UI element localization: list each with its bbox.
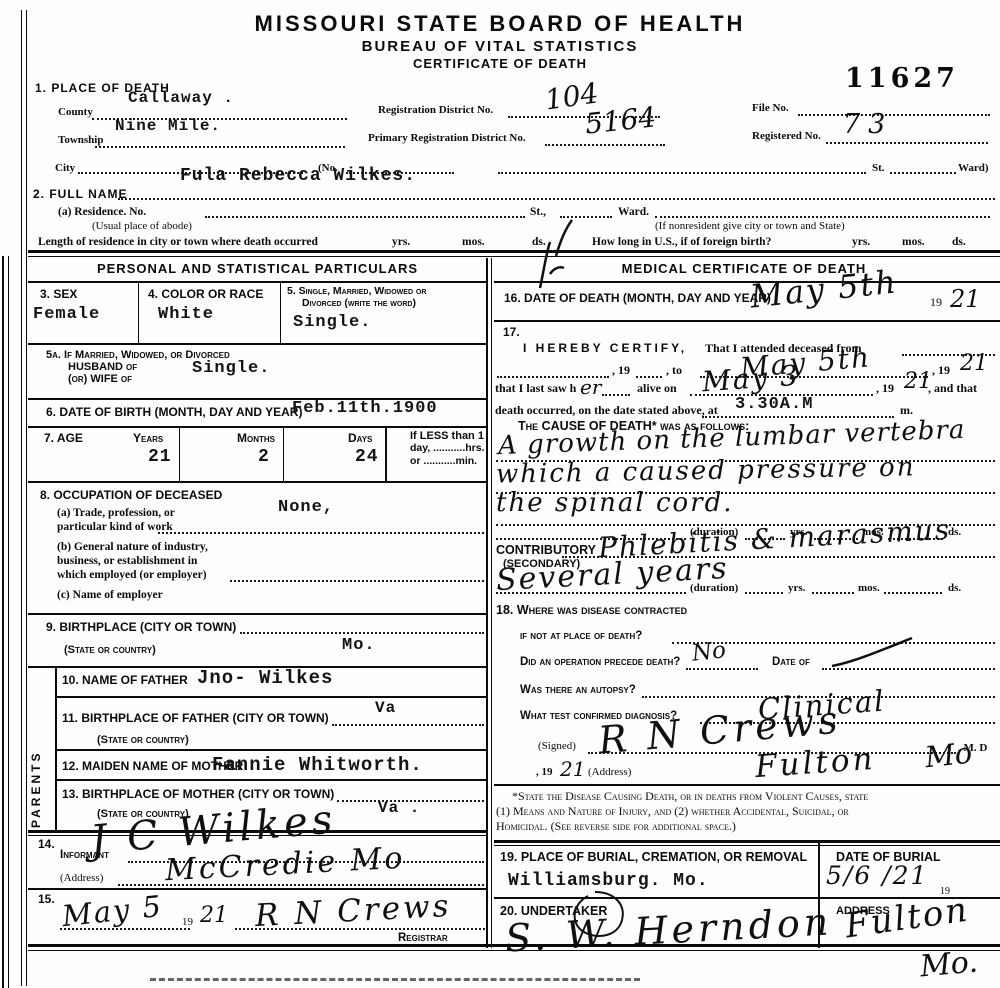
abode-note: (Usual place of abode): [92, 220, 192, 232]
birthplace-state-label: (State or country): [64, 644, 156, 656]
time-of-death-value: 3.30A.M: [735, 396, 813, 415]
informant-address-label: (Address): [60, 872, 103, 884]
physician-address-state: Mo: [923, 738, 973, 775]
cell-divider: [138, 283, 139, 343]
rule: [28, 613, 486, 615]
autopsy-question: Was there an autopsy?: [520, 684, 636, 697]
duration-yrs: yrs.: [788, 582, 805, 594]
date-of-burial-value: 5/6 /21: [826, 862, 928, 890]
spouse-value: Single.: [192, 360, 270, 379]
mother-name-value: Fannie Whitworth.: [212, 755, 423, 776]
pen-flourish-mark: [560, 888, 630, 944]
birthplace-value: Mo.: [342, 637, 376, 656]
yrs-label: yrs.: [852, 236, 870, 249]
dotted-line: [798, 114, 990, 116]
rule: [494, 845, 1000, 846]
nonresident-note: (If nonresident give city or town and St…: [655, 220, 845, 232]
column-divider: [491, 258, 492, 948]
rule: [28, 481, 486, 483]
marital-value: Single.: [293, 314, 371, 333]
page-subtitle: BUREAU OF VITAL STATISTICS: [0, 39, 1000, 56]
operation-question: Did an operation precede death?: [520, 656, 680, 669]
if-less-than-one-line3: or ...........min.: [410, 456, 477, 468]
filed-section-number: 15.: [38, 893, 55, 906]
rule: [494, 840, 1000, 843]
length-of-residence-label: Length of residence in city or town wher…: [38, 236, 318, 249]
sex-value: Female: [33, 306, 100, 325]
dotted-line: [545, 144, 665, 146]
cell-divider: [385, 428, 387, 481]
informant-section-number: 14.: [38, 838, 55, 851]
footnote-line2: (1) Means and Nature of Injury, and (2) …: [496, 805, 849, 818]
registrar-label: Registrar: [398, 932, 448, 945]
primary-registration-district-value: 5164: [584, 102, 658, 140]
duration-ds: ds.: [948, 582, 961, 594]
birthplace-label: 9. BIRTHPLACE (CITY OR TOWN): [46, 621, 236, 634]
rule: [55, 696, 486, 698]
date-of-label: Date of: [772, 656, 810, 669]
registered-no-label: Registered No.: [752, 130, 821, 142]
place-of-burial-label: 19. PLACE OF BURIAL, CREMATION, OR REMOV…: [500, 851, 807, 865]
county-label: County: [58, 106, 93, 118]
left-border-line: [21, 10, 22, 986]
street-label: St.: [872, 162, 885, 174]
date-of-death-label: 16. DATE OF DEATH (MONTH, DAY AND YEAR): [504, 292, 771, 305]
physician-address-value: Fulton: [754, 742, 877, 784]
rule: [494, 784, 1000, 786]
rule: [494, 320, 1000, 322]
if-less-than-one-line2: day, ...........hrs.: [410, 443, 485, 455]
county-value: Callaway .: [128, 90, 234, 108]
left-border-line: [26, 10, 27, 986]
dotted-line: [745, 592, 783, 594]
rule: [28, 426, 486, 428]
full-name-value: Fula Rebecca Wilkes.: [180, 167, 416, 187]
rule: [55, 779, 486, 781]
bottom-dashed-artifact: [150, 978, 640, 981]
rule: [494, 281, 1000, 283]
dotted-line: [332, 724, 484, 726]
age-months-header: Months: [237, 432, 275, 445]
dotted-line: [636, 376, 662, 378]
dotted-line: [812, 592, 854, 594]
alive-on-label: alive on: [637, 382, 677, 395]
medical-certificate-header: MEDICAL CERTIFICATE OF DEATH: [494, 262, 994, 276]
attended-to-19: , 19: [932, 364, 950, 377]
cell-divider: [283, 428, 284, 481]
mother-birthplace-value: Va .: [378, 800, 420, 818]
husband-of-label: HUSBAND of: [68, 361, 137, 373]
if-less-than-one-line1: If LESS than 1: [410, 430, 484, 442]
dotted-line: [60, 928, 190, 930]
last-seen-date: May 3: [701, 361, 801, 399]
wife-of-label: (or) WIFE of: [68, 373, 132, 385]
full-name-label: 2. FULL NAME: [33, 188, 127, 201]
yrs-label: yrs.: [392, 236, 410, 249]
dotted-line: [118, 198, 995, 200]
dotted-line: [890, 172, 956, 174]
occupation-a-value: None,: [278, 499, 334, 518]
how-long-us-label: How long in U.S., if of foreign birth?: [592, 236, 771, 249]
signed-year-19: , 19: [536, 766, 553, 778]
last-saw-text: that I last saw h: [495, 382, 576, 395]
father-name-label: 10. NAME OF FATHER: [62, 674, 188, 687]
personal-particulars-header: PERSONAL AND STATISTICAL PARTICULARS: [30, 262, 485, 276]
attended-to-label: , to: [666, 364, 682, 377]
cause-of-death-line2: which a caused pressure on: [496, 453, 916, 489]
dotted-line: [602, 394, 630, 396]
attended-from-19: , 19: [612, 364, 630, 377]
pen-check-mark: [830, 636, 915, 670]
father-birthplace-value: Va: [375, 700, 396, 718]
age-years-value: 21: [148, 448, 172, 468]
dotted-line: [884, 592, 942, 594]
not-at-place-label: if not at place of death?: [520, 630, 642, 643]
father-birthplace-label: 11. BIRTHPLACE OF FATHER (CITY OR TOWN): [62, 712, 329, 725]
cause-of-death-line3: the spinal cord.: [496, 489, 734, 518]
sex-label: 3. SEX: [40, 288, 77, 301]
father-birthplace-state-label: (State or country): [97, 734, 189, 746]
certify-section-number: 17.: [503, 326, 520, 339]
ward-label: Ward): [958, 162, 989, 174]
dotted-line: [235, 928, 485, 930]
dotted-line: [240, 632, 484, 634]
footnote-line3: Homicidal. (See reverse side for additio…: [496, 820, 736, 833]
certify-bold-text: I HEREBY CERTIFY,: [523, 342, 687, 355]
occupation-a-line2: particular kind of work: [57, 521, 173, 534]
left-edge-line: [2, 256, 4, 988]
undertaker-address-value: Fulton: [843, 892, 971, 946]
residence-label: (a) Residence. No.: [58, 206, 146, 219]
marital-label-line1: 5. Single, Married, Widowed or: [287, 286, 426, 298]
age-years-header: Years: [133, 432, 163, 445]
occupation-b-line2: business, or establishment in: [57, 555, 197, 568]
township-value: Nine Mile.: [115, 118, 221, 136]
bottom-border: [28, 944, 1000, 947]
age-days-header: Days: [348, 432, 372, 445]
meridiem-label: m.: [900, 404, 913, 417]
rule: [28, 343, 486, 345]
filed-date-value: May 5: [61, 891, 165, 933]
occupation-label: 8. OCCUPATION OF DECEASED: [40, 489, 222, 502]
section-divider: [28, 250, 1000, 253]
dotted-line: [205, 216, 525, 218]
certificate-stamp-number: 11627: [845, 64, 959, 94]
column-divider: [486, 258, 488, 948]
file-no-label: File No.: [752, 102, 789, 114]
dotted-line: [826, 142, 988, 144]
date-of-death-19: 19: [930, 296, 942, 309]
ds-label: ds.: [952, 236, 966, 249]
attended-to-year: 21: [960, 352, 988, 376]
cell-divider: [280, 283, 281, 343]
registrar-signature: R N Crews: [254, 889, 452, 933]
mos-label: mos.: [462, 236, 485, 249]
occupation-a-line1: (a) Trade, profession, or: [57, 507, 175, 520]
rule: [55, 749, 486, 751]
occupation-b-line3: which employed (or employer): [57, 569, 207, 582]
signed-year-value: 21: [560, 758, 585, 780]
undertaker-address-state: Mo.: [919, 946, 979, 984]
death-certificate: MISSOURI STATE BOARD OF HEALTH BUREAU OF…: [0, 0, 1000, 988]
father-name-value: Jno- Wilkes: [197, 668, 333, 689]
date-of-death-year: 21: [950, 286, 981, 312]
city-label: City: [55, 162, 75, 174]
mos-label: mos.: [902, 236, 925, 249]
dotted-line: [498, 172, 866, 174]
death-occurred-text: death occurred, on the date stated above…: [495, 404, 718, 417]
dotted-line: [230, 580, 484, 582]
occupation-b-line1: (b) General nature of industry,: [57, 541, 208, 554]
footnote-line1: *State the Disease Causing Death, or in …: [512, 790, 868, 803]
residence-ward-label: Ward.: [618, 206, 649, 219]
date-of-birth-value: Feb.11th.1900: [292, 400, 438, 419]
dotted-line: [686, 668, 758, 670]
last-seen-19: , 19: [876, 382, 894, 395]
race-label: 4. COLOR OR RACE: [148, 288, 263, 301]
physician-address-label: (Address): [588, 766, 631, 778]
left-edge-line: [8, 256, 9, 988]
and-that-text: , and that: [928, 382, 977, 395]
operation-answer: No: [691, 638, 727, 667]
dotted-line: [496, 592, 686, 594]
disease-contracted-label: 18. Where was disease contracted: [496, 604, 687, 618]
filed-year-handwritten: 21: [200, 904, 228, 928]
registration-district-label: Registration District No.: [378, 104, 493, 116]
race-value: White: [158, 306, 214, 325]
marital-label-line2: Divorced (write the word): [302, 298, 416, 310]
dotted-line: [158, 532, 484, 534]
signed-label: (Signed): [538, 740, 576, 752]
residence-st-label: St.,: [530, 206, 546, 219]
duration-mos: mos.: [858, 582, 880, 594]
rule: [28, 281, 486, 283]
date-of-birth-label: 6. DATE OF BIRTH (MONTH, DAY AND YEAR): [46, 406, 302, 419]
page-title: MISSOURI STATE BOARD OF HEALTH: [0, 12, 1000, 36]
primary-registration-district-label: Primary Registration District No.: [368, 132, 526, 144]
age-months-value: 2: [258, 448, 270, 468]
duration-label: (duration): [690, 582, 738, 594]
filed-year-printed: 19: [182, 916, 193, 928]
occupation-c-label: (c) Name of employer: [57, 589, 163, 602]
section-divider: [28, 256, 1000, 257]
dotted-line: [655, 216, 990, 218]
last-saw-her: er: [580, 376, 601, 398]
bottom-border: [28, 950, 1000, 951]
age-days-value: 24: [355, 448, 379, 468]
cell-divider: [179, 428, 180, 481]
age-label: 7. AGE: [44, 432, 83, 445]
township-label: Township: [58, 134, 103, 146]
registered-no-value: 73: [843, 110, 893, 140]
dotted-line: [95, 146, 345, 148]
parents-vertical-label: PARENTS: [30, 676, 43, 828]
